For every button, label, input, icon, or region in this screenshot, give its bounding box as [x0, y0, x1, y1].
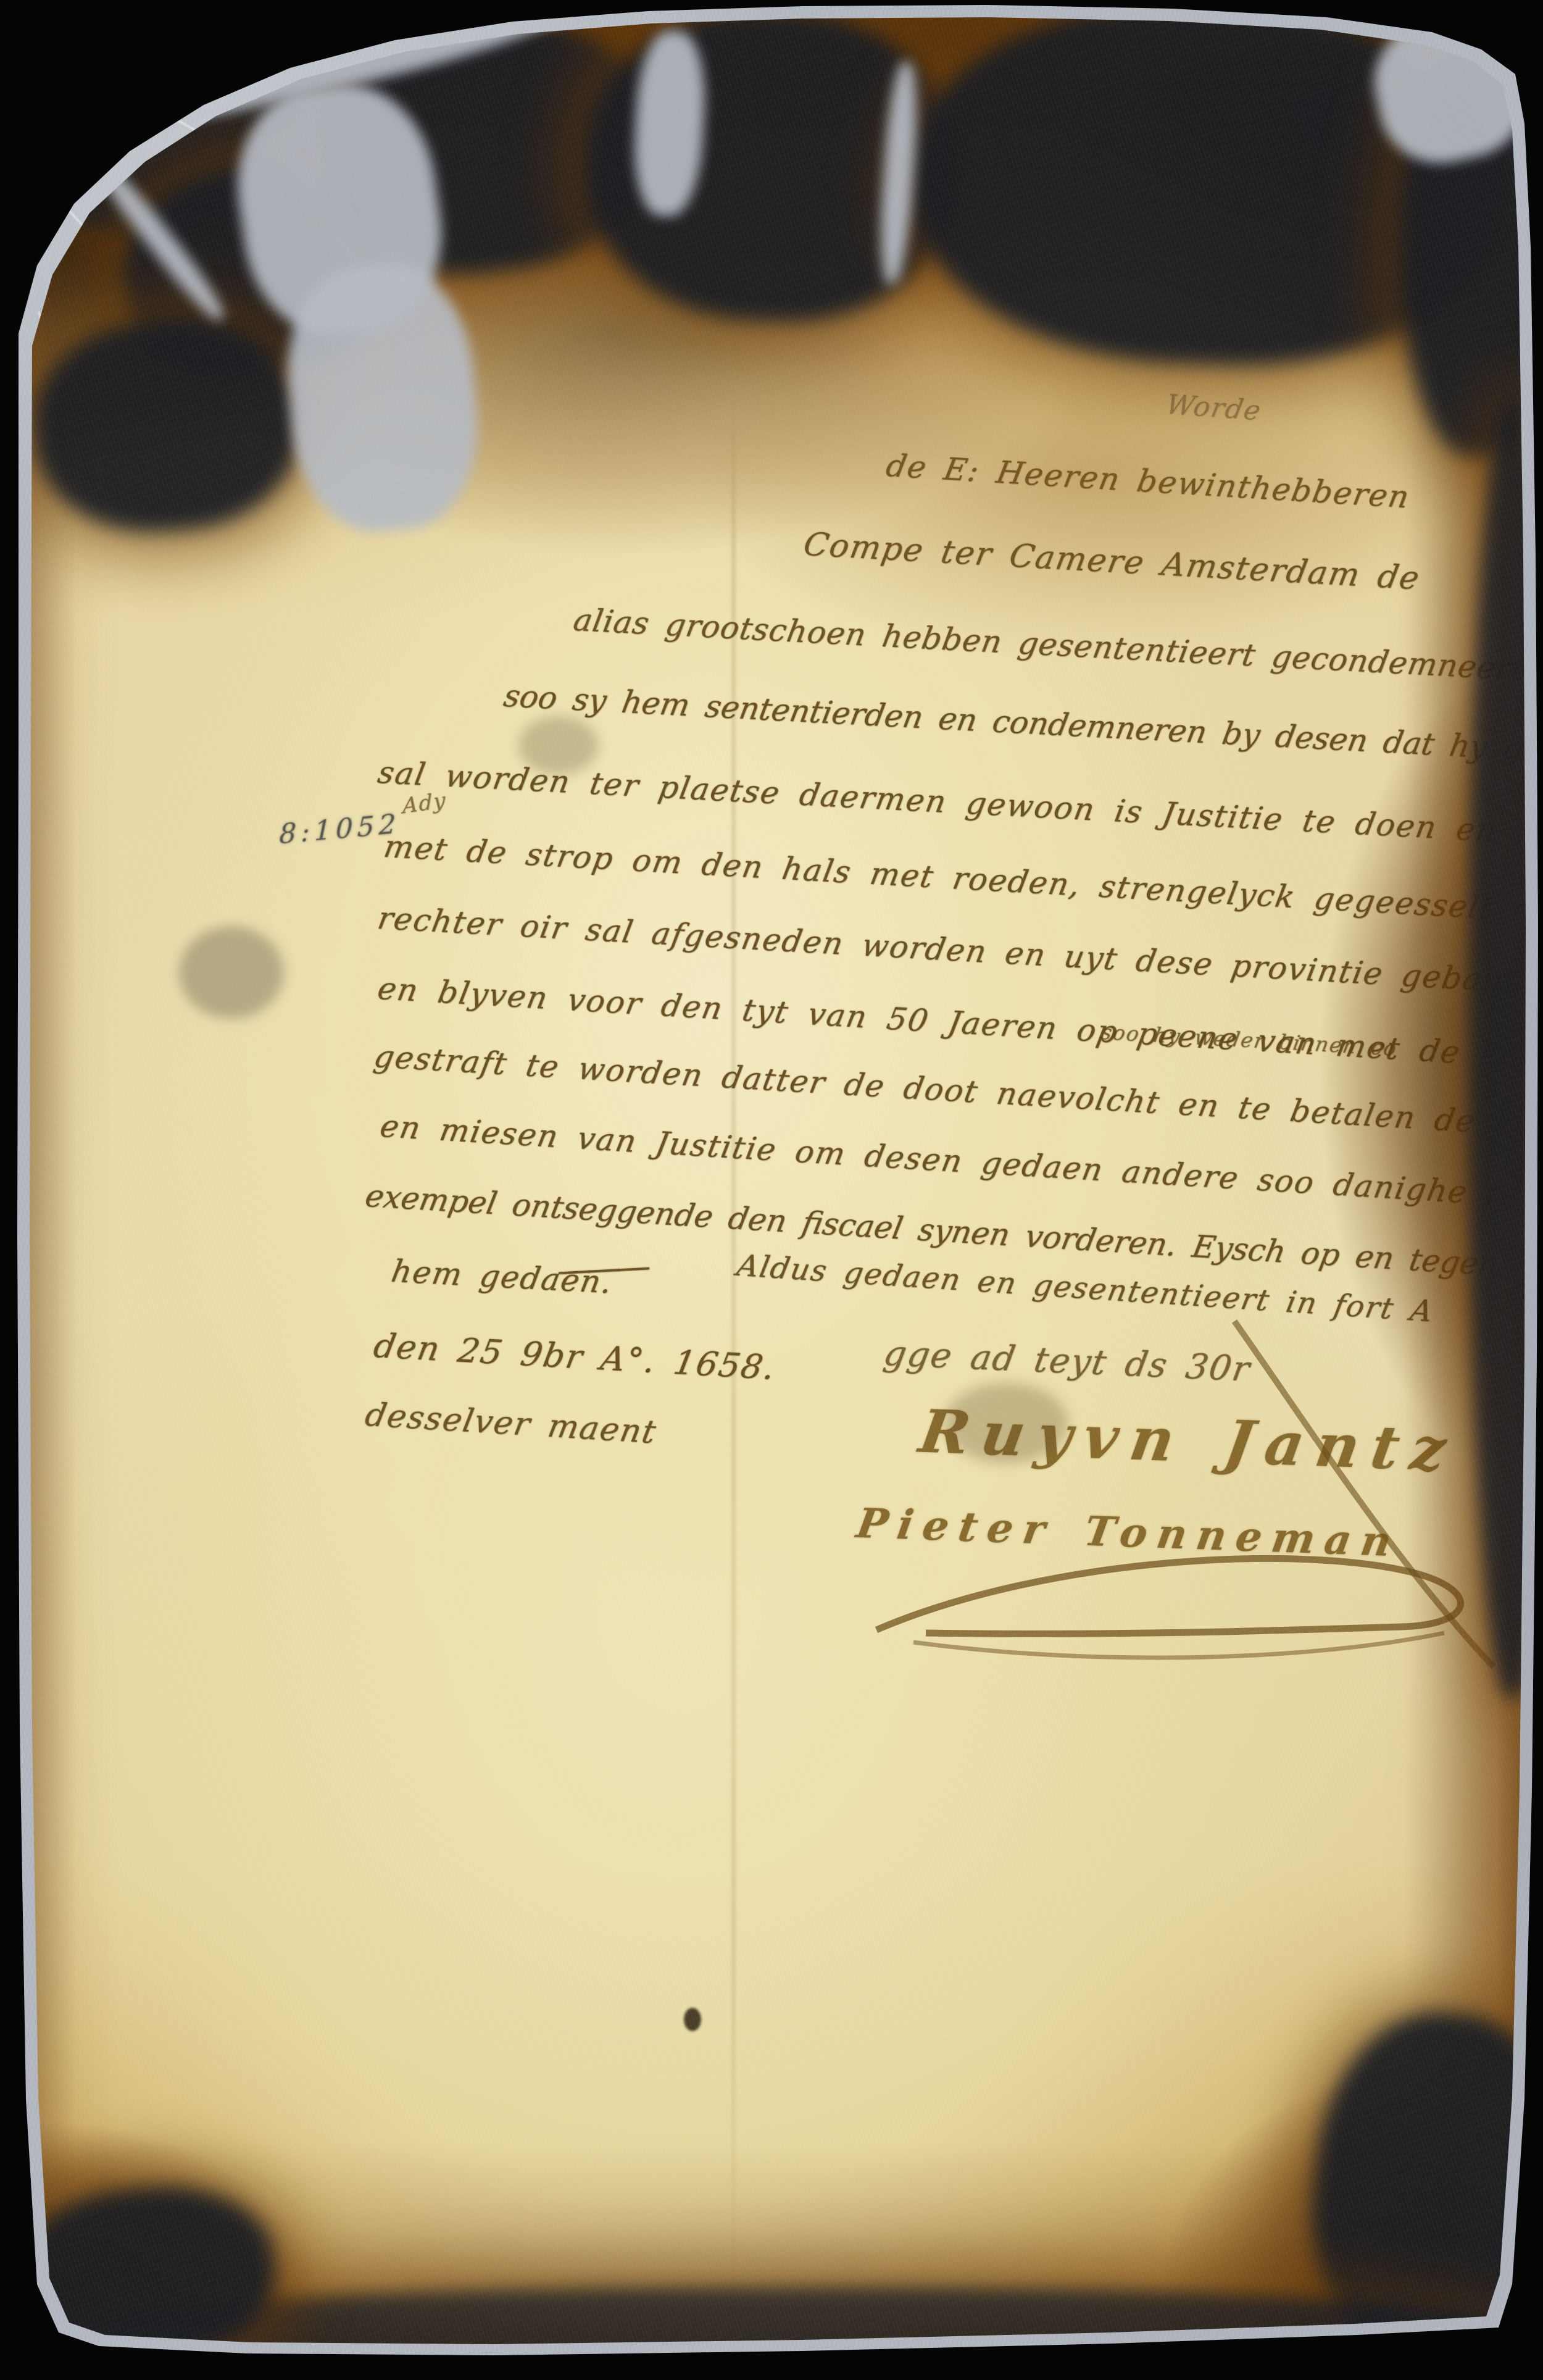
manuscript-line: exempel ontseggende den fiscael synen vo… — [362, 1178, 1501, 1283]
tissue-gap — [279, 258, 486, 539]
manuscript-line: Compe ter Camere Amsterdam de — [801, 526, 1423, 597]
manuscript-line: soo sy hem sententierden en condemneren … — [501, 678, 1543, 773]
manuscript-line: alias grootschoen hebben gesententieert … — [571, 602, 1528, 687]
stain — [179, 926, 284, 1019]
archive-number-pencil: 8:1052 — [279, 808, 401, 850]
manuscript-line: en blyven voor den tyt van 50 Jaeren op … — [375, 971, 1542, 1075]
manuscript-line: gestraft te worden datter de doot naevol… — [371, 1038, 1537, 1143]
manuscript-line: en miesen van Justitie om desen gedaen a… — [377, 1108, 1543, 1214]
center-fold-crease — [731, 395, 736, 2321]
manuscript-line: Ady — [402, 788, 447, 819]
manuscript-line: hem gedaen. — [389, 1253, 616, 1300]
manuscript-line: desselver maent — [362, 1397, 660, 1451]
burnt-document-leaf: Wordede E: Heeren bewinthebberenCompe te… — [0, 0, 1543, 2380]
manuscript-line: met de strop om den hals met roeden, str… — [381, 829, 1543, 929]
stain — [944, 1383, 1068, 1463]
manuscript-line: soo hy weder binnen co — [1099, 1020, 1399, 1060]
signature-flourish — [839, 1296, 1543, 1704]
photographed-manuscript-scene: Wordede E: Heeren bewinthebberenCompe te… — [0, 0, 1543, 2380]
stain — [518, 716, 599, 775]
manuscript-line: ——— — [555, 1246, 647, 1291]
manuscript-line: de E: Heeren bewinthebberen — [883, 448, 1413, 515]
manuscript-line: den 25 9br A°. 1658. — [371, 1326, 779, 1387]
ink-speck — [684, 2008, 701, 2031]
manuscript-line: Worde — [1163, 389, 1264, 427]
manuscript-line: rechter oir sal afgesneden worden en uyt… — [375, 900, 1543, 1002]
